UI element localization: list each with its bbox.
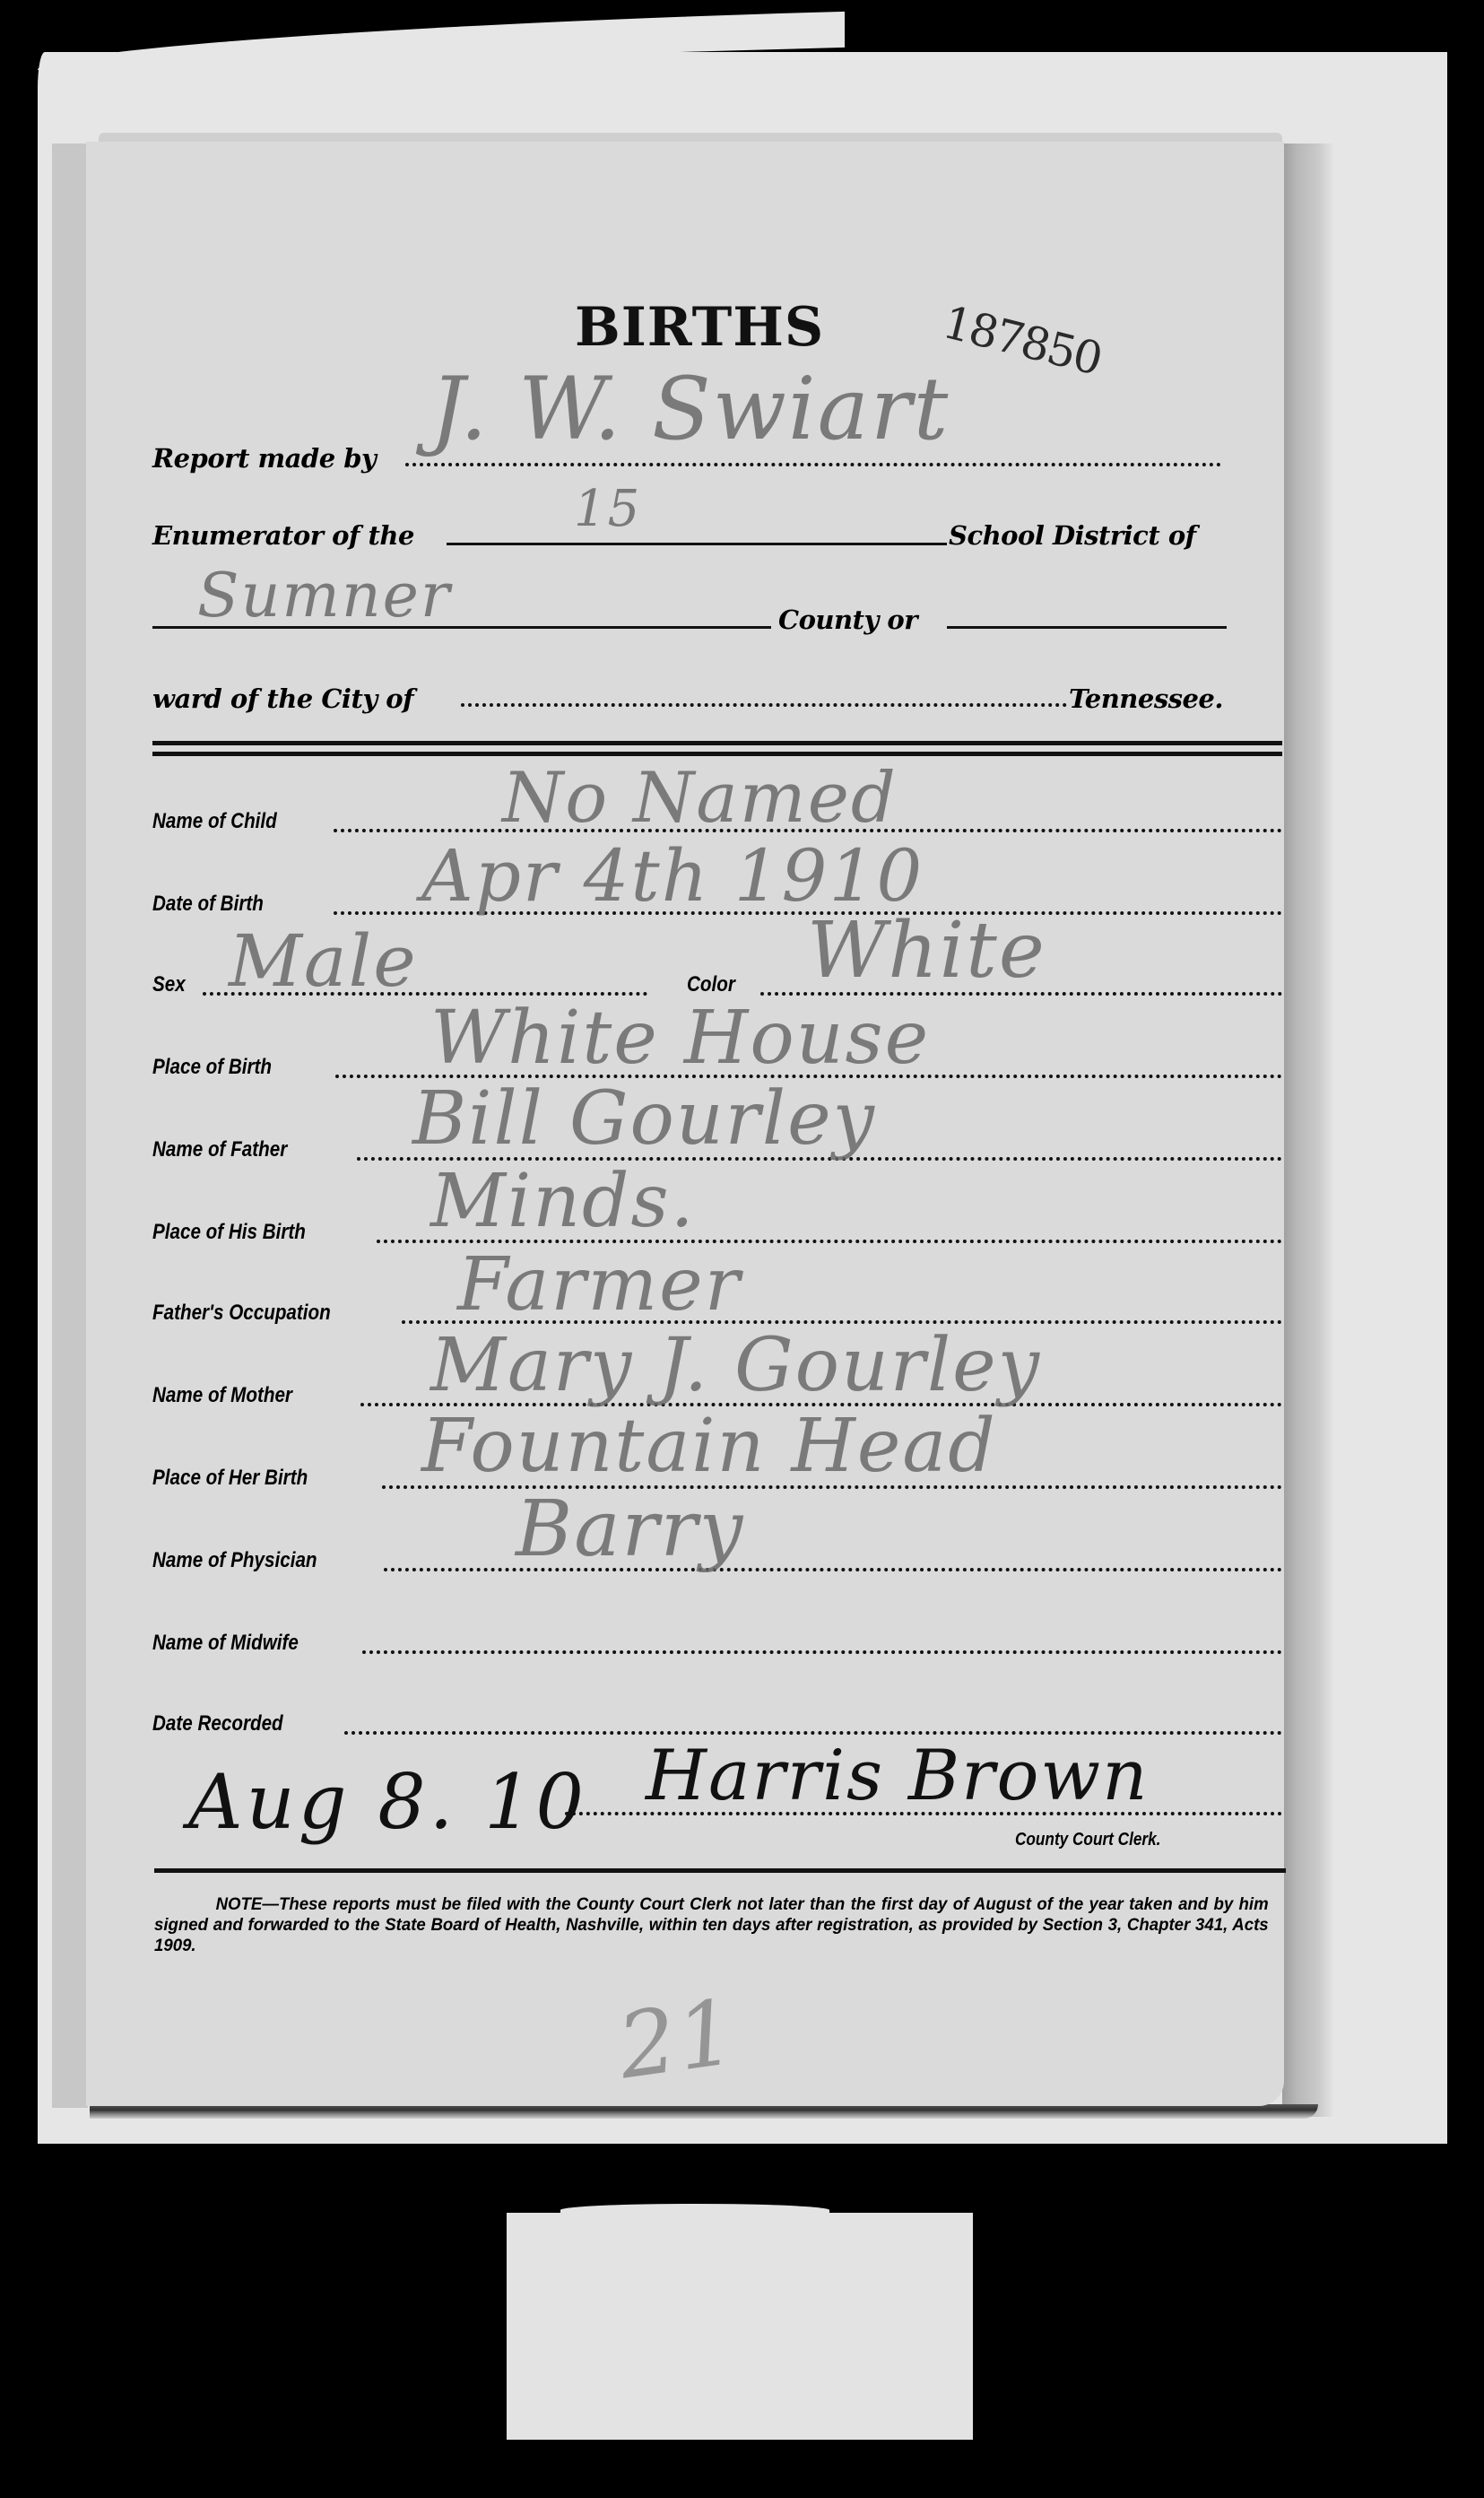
clerk-signature: Harris Brown [646,1736,1149,1816]
place-of-her-birth-label: Place of Her Birth [152,1466,333,1491]
name-of-child-label: Name of Child [152,809,297,834]
sex-value: Male [229,919,418,1003]
color-value: White [807,906,1046,996]
report-made-by-label: Report made by [152,443,376,474]
note-divider [154,1868,1286,1873]
name-of-child-value: No Named [502,758,898,839]
enumerator-label: Enumerator of the [152,520,414,551]
ward-label: ward of the City of [152,683,413,714]
state-label: Tennessee. [1069,683,1223,714]
school-district-label: School District of [949,520,1196,551]
name-of-father-value: Bill Gourley [412,1076,876,1162]
place-of-his-birth-value: Minds. [430,1159,696,1244]
section-divider-bottom [152,752,1282,756]
clerk-title: County Court Clerk. [1015,1830,1185,1850]
date-recorded-label: Date Recorded [152,1711,304,1736]
date-of-birth-label: Date of Birth [152,892,282,917]
filing-note: NOTE—These reports must be filed with th… [154,1894,1269,1956]
report-made-by-line [405,463,1221,466]
county-alt-line [947,626,1227,629]
place-of-birth-label: Place of Birth [152,1055,291,1080]
name-of-midwife-line [362,1650,1282,1654]
page-number: 21 [612,1979,742,2099]
name-of-father-label: Name of Father [152,1137,309,1162]
note-lead: NOTE— [216,1895,279,1914]
ward-line [461,703,1067,707]
sex-label: Sex [152,972,191,997]
place-of-his-birth-label: Place of His Birth [152,1220,331,1245]
report-made-by-value: J. W. Swiart [430,359,950,459]
name-of-mother-label: Name of Mother [152,1383,315,1408]
enumerator-line [447,543,947,545]
place-of-her-birth-value: Fountain Head [421,1404,997,1489]
place-of-birth-value: White House [430,996,930,1081]
name-of-physician-value: Barry [516,1484,744,1574]
form-right-edge-shadow [1282,144,1332,2117]
fathers-occupation-value: Farmer [457,1242,742,1327]
name-of-physician-label: Name of Physician [152,1548,343,1573]
county-or-label: County or [778,605,917,635]
name-of-midwife-label: Name of Midwife [152,1631,322,1656]
form-bottom-edge-shadow [90,2104,1318,2119]
color-label: Color [687,972,743,997]
enumerator-value: 15 [574,480,641,538]
blank-paper-slip [507,2213,973,2440]
date-recorded-value: Aug 8. 10 [188,1758,587,1846]
note-text: These reports must be filed with the Cou… [154,1895,1269,1955]
form-title: BIRTHS [575,296,824,359]
section-divider-top [152,741,1282,745]
clerk-signature-line [565,1812,1282,1815]
form-left-edge-shadow [52,144,88,2108]
date-recorded-line [344,1731,1282,1735]
fathers-occupation-label: Father's Occupation [152,1301,360,1326]
county-value: Sumner [197,561,451,631]
name-of-mother-value: Mary J. Gourley [430,1323,1041,1408]
